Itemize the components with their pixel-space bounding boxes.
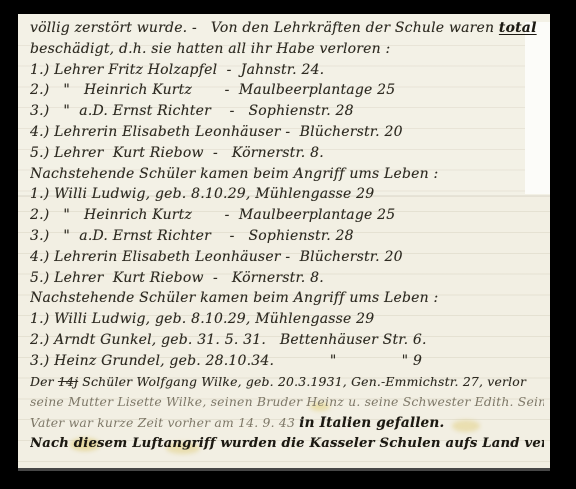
- handwritten-line: Vater war kurze Zeit vorher am 14. 9. 43…: [30, 415, 544, 436]
- text-segment: 3.) Heinz Grundel, geb. 28.10.34. " " 9: [30, 353, 422, 369]
- handwritten-line: 4.) Lehrerin Elisabeth Leonhäuser - Blüc…: [30, 124, 544, 145]
- handwritten-line: Nachstehende Schüler kamen beim Angriff …: [30, 290, 544, 311]
- text-segment: beschädigt, d.h. sie hatten all ihr Habe…: [30, 41, 390, 57]
- handwritten-line: 1.) Willi Ludwig, geb. 8.10.29, Mühlenga…: [30, 311, 544, 332]
- handwritten-line: 2.) " Heinrich Kurtz - Maulbeerplantage …: [30, 207, 544, 228]
- handwritten-line: völlig zerstört wurde. - Von den Lehrkrä…: [30, 20, 544, 41]
- text-segment: 5.) Lehrer Kurt Riebow - Körnerstr. 8.: [30, 145, 324, 161]
- text-segment: 1.) Willi Ludwig, geb. 8.10.29, Mühlenga…: [30, 186, 374, 202]
- text-segment: Nach diesem Luftangriff wurden die Kasse…: [30, 436, 544, 451]
- text-segment: 4.) Lehrerin Elisabeth Leonhäuser - Blüc…: [30, 124, 403, 140]
- handwritten-line: seine Mutter Lisette Wilke, seinen Brude…: [30, 394, 544, 415]
- text-segment: 1.) Lehrer Fritz Holzapfel - Jahnstr. 24…: [30, 62, 324, 78]
- handwritten-line: 3.) Heinz Grundel, geb. 28.10.34. " " 9: [30, 353, 544, 374]
- text-segment: 4.) Lehrerin Elisabeth Leonhäuser - Blüc…: [30, 249, 403, 265]
- text-segment: 2.) Arndt Gunkel, geb. 31. 5. 31. Betten…: [30, 332, 427, 348]
- text-segment: 3.) " a.D. Ernst Richter - Sophienstr. 2…: [30, 103, 354, 119]
- handwritten-line: 4.) Lehrerin Elisabeth Leonhäuser - Blüc…: [30, 249, 544, 270]
- text-segment: 14j: [58, 374, 78, 389]
- handwritten-line: beschädigt, d.h. sie hatten all ihr Habe…: [30, 41, 544, 62]
- text-segment: völlig zerstört wurde. - Von den Lehrkrä…: [30, 20, 499, 36]
- scan-background: { "palette": { "background": "#000000", …: [0, 0, 576, 489]
- handwritten-line: 1.) Lehrer Fritz Holzapfel - Jahnstr. 24…: [30, 62, 544, 83]
- handwritten-line: Der 14j Schüler Wolfgang Wilke, geb. 20.…: [30, 374, 544, 395]
- text-segment: Vater war kurze Zeit vorher am 14. 9. 43: [30, 415, 299, 430]
- text-segment: 3.) " a.D. Ernst Richter - Sophienstr. 2…: [30, 228, 354, 244]
- text-segment: 2.) " Heinrich Kurtz - Maulbeerplantage …: [30, 207, 395, 223]
- handwritten-line: 3.) " a.D. Ernst Richter - Sophienstr. 2…: [30, 103, 544, 124]
- text-segment: Nachstehende Schüler kamen beim Angriff …: [30, 166, 438, 182]
- handwritten-line: 2.) Arndt Gunkel, geb. 31. 5. 31. Betten…: [30, 332, 544, 353]
- text-segment: Schüler Wolfgang Wilke, geb. 20.3.1931, …: [78, 374, 526, 389]
- handwritten-lines: völlig zerstört wurde. - Von den Lehrkrä…: [30, 20, 544, 468]
- text-segment: seine Mutter Lisette Wilke, seinen Brude…: [30, 394, 544, 409]
- handwritten-line: Nachstehende Schüler kamen beim Angriff …: [30, 166, 544, 187]
- document-page: völlig zerstört wurde. - Von den Lehrkrä…: [18, 14, 550, 468]
- handwritten-line: Nach diesem Luftangriff wurden die Kasse…: [30, 436, 544, 457]
- text-segment: total: [499, 20, 537, 36]
- text-segment: in Italien gefallen.: [299, 415, 444, 431]
- text-segment: 1.) Willi Ludwig, geb. 8.10.29, Mühlenga…: [30, 311, 374, 327]
- text-segment: Der: [30, 374, 58, 389]
- handwritten-line: 3.) " a.D. Ernst Richter - Sophienstr. 2…: [30, 228, 544, 249]
- handwritten-line: 1.) Willi Ludwig, geb. 8.10.29, Mühlenga…: [30, 186, 544, 207]
- handwritten-line: 2.) " Heinrich Kurtz - Maulbeerplantage …: [30, 82, 544, 103]
- handwritten-line: 5.) Lehrer Kurt Riebow - Körnerstr. 8.: [30, 145, 544, 166]
- text-segment: 2.) " Heinrich Kurtz - Maulbeerplantage …: [30, 82, 395, 98]
- handwritten-line: 5.) Lehrer Kurt Riebow - Körnerstr. 8.: [30, 270, 544, 291]
- text-segment: Nachstehende Schüler kamen beim Angriff …: [30, 290, 438, 306]
- text-segment: 5.) Lehrer Kurt Riebow - Körnerstr. 8.: [30, 270, 324, 286]
